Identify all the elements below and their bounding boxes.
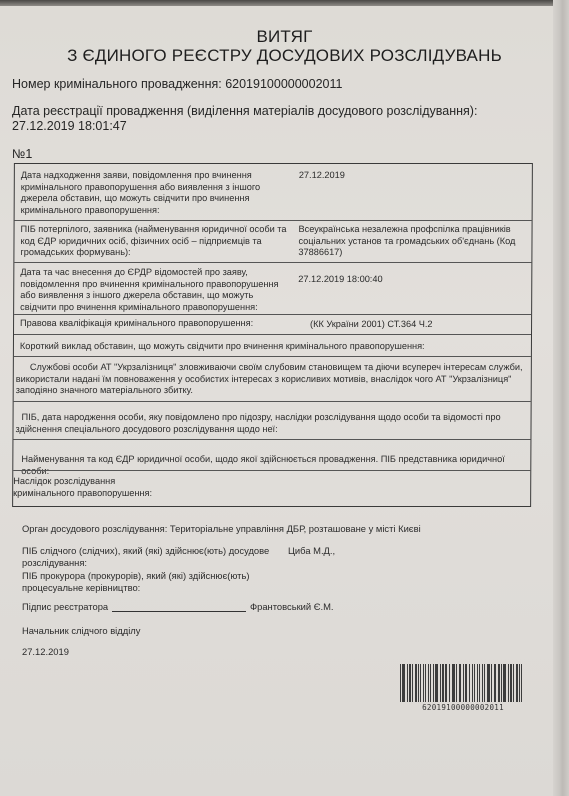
row-label-entry-datetime: Дата та час внесення до ЄРДР відомостей … xyxy=(20,267,290,313)
signature-line xyxy=(112,611,246,612)
case-number: Номер кримінального провадження: 6201910… xyxy=(12,77,342,91)
row-divider xyxy=(14,262,531,263)
registrar-signature-label: Підпис реєстратора xyxy=(22,601,108,613)
suspect-label: ПІБ, дата народження особи, яку повідомл… xyxy=(15,412,520,435)
row-divider xyxy=(13,470,530,471)
legal-entity-label: Найменування та код ЄДР юридичної особи,… xyxy=(21,454,526,477)
document-subtitle: З ЄДИНОГО РЕЄСТРУ ДОСУДОВИХ РОЗСЛІДУВАНЬ xyxy=(0,46,569,66)
row-divider xyxy=(14,401,531,402)
row-divider xyxy=(14,356,531,357)
summary-label: Короткий виклад обставин, що можуть свід… xyxy=(20,341,525,353)
row-divider xyxy=(14,314,531,315)
registration-date: Дата реєстрації провадження (виділення м… xyxy=(12,104,532,134)
row-divider xyxy=(13,439,530,440)
outcome-label: Наслідок розслідування кримінального пра… xyxy=(13,476,173,499)
entry-number: №1 xyxy=(12,147,32,161)
row-label-receipt-date: Дата надходження заяви, повідомлення про… xyxy=(21,170,291,216)
summary-text: Службові особи АТ "Укрзалізниця" зловжив… xyxy=(16,362,526,397)
row-value-receipt-date: 27.12.2019 xyxy=(299,170,534,182)
row-value-legal-qualification: (КК України 2001) СТ.364 Ч.2 xyxy=(310,319,545,331)
prosecutor-label: ПІБ прокурора (прокурорів), який (які) з… xyxy=(22,570,272,593)
row-divider xyxy=(15,220,532,221)
registrar-name: Франтовський Є.М. xyxy=(250,601,334,612)
document-title: ВИТЯГ xyxy=(0,27,569,47)
row-value-entry-datetime: 27.12.2019 18:00:40 xyxy=(298,274,533,286)
investigator-label: ПІБ слідчого (слідчих), який (які) здійс… xyxy=(22,545,272,568)
barcode-number: 62019100000002011 xyxy=(398,703,528,712)
row-label-victim: ПІБ потерпілого, заявника (найменування … xyxy=(20,224,290,259)
row-value-victim: Всеукраїнська незалежна профспілка праці… xyxy=(298,224,533,259)
barcode xyxy=(400,664,526,702)
case-details-table: Дата надходження заяви, повідомлення про… xyxy=(12,163,533,507)
row-label-legal-qualification: Правова кваліфікація кримінального право… xyxy=(20,318,290,330)
investigation-body: Орган досудового розслідування: Територі… xyxy=(22,523,421,535)
investigator-name: Циба М.Д., xyxy=(288,545,335,556)
chief-label: Начальник слідчого відділу xyxy=(22,625,140,637)
document-date: 27.12.2019 xyxy=(22,646,69,658)
row-divider xyxy=(14,334,531,335)
photo-right-edge xyxy=(553,0,569,796)
barcode-gap xyxy=(522,664,524,702)
